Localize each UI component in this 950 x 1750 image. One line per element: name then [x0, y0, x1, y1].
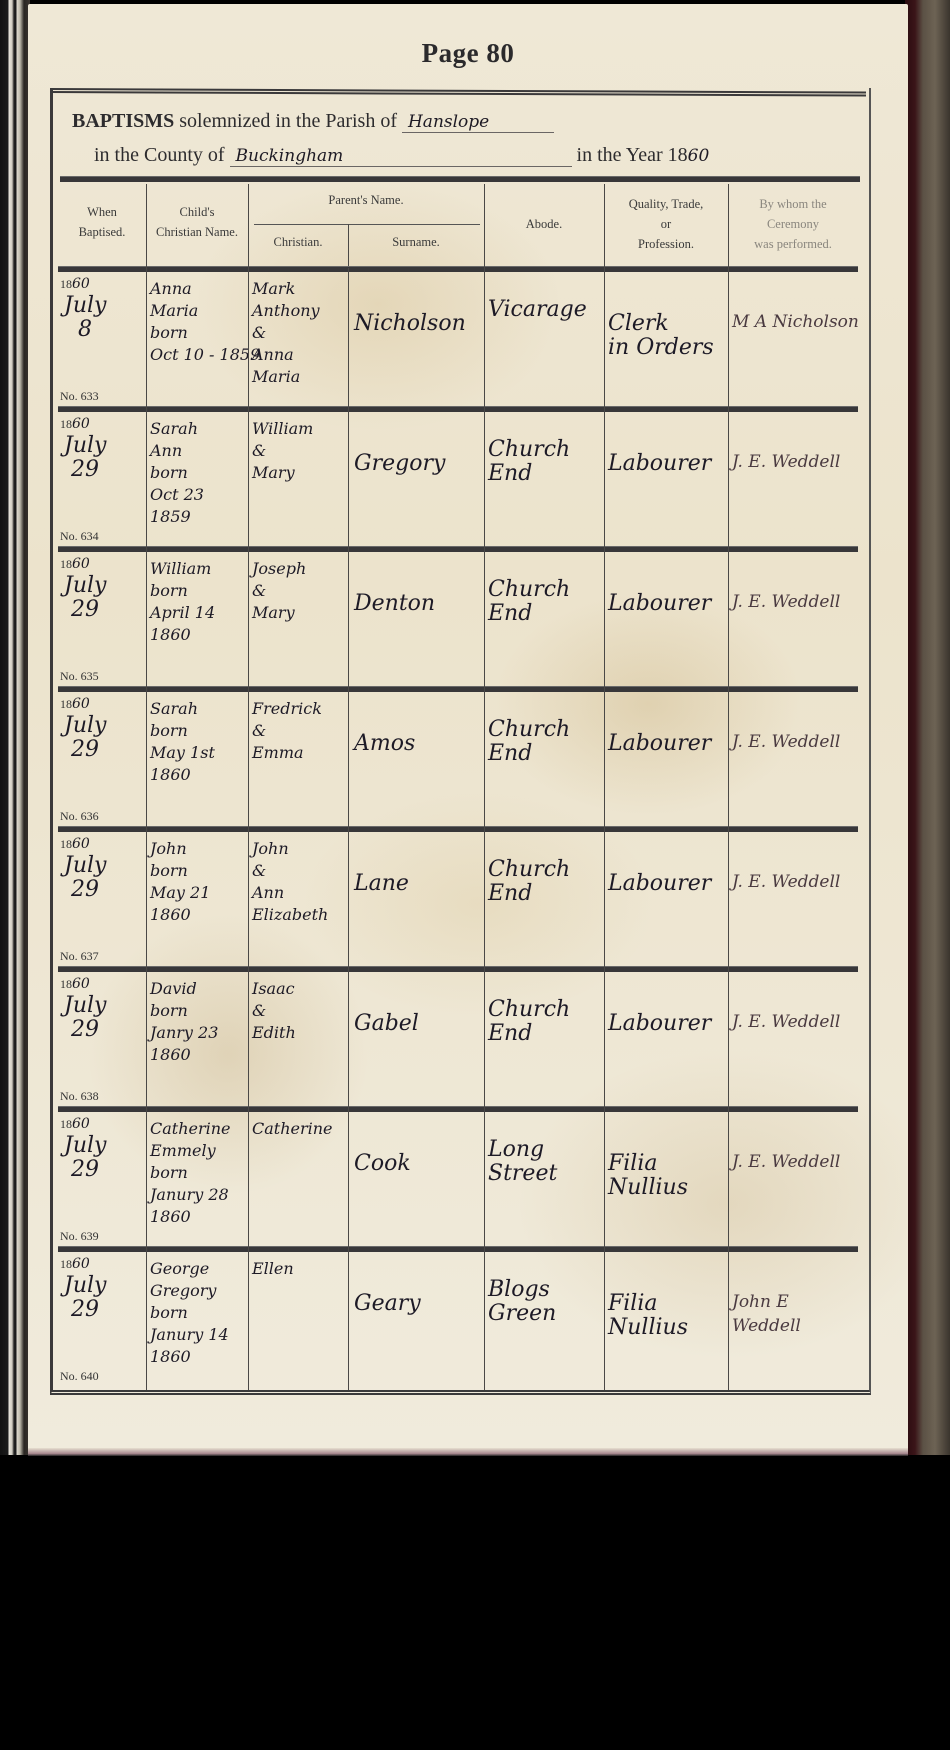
year-hand-text: 60: [72, 556, 90, 572]
cell-parent-christian: Fredrick & Emma: [252, 698, 322, 764]
entry-number: No. 638: [60, 1089, 99, 1104]
year-prefix-text: 18: [60, 697, 72, 711]
column-divider: [604, 184, 605, 1390]
cell-quality: Labourer: [608, 872, 711, 896]
cell-by-whom: J. E. Weddell: [732, 870, 840, 894]
col-abode: Abode.: [484, 214, 604, 234]
year-hand-text: 60: [72, 976, 90, 992]
background-black: [0, 1456, 950, 1750]
year-prefix-text: 18: [60, 1257, 72, 1271]
year-prefix-text: 18: [60, 837, 72, 851]
year-hand-text: 60: [72, 416, 90, 432]
entry-number: No. 633: [60, 389, 99, 404]
col-child: Child's Christian Name.: [146, 202, 248, 242]
table-row: 1860July 29William born April 14 1860Jos…: [58, 552, 860, 692]
cell-quality: Filia Nullius: [608, 1152, 688, 1200]
column-divider: [728, 184, 729, 1390]
cell-by-whom: J. E. Weddell: [732, 1150, 840, 1174]
cell-abode: Vicarage: [488, 298, 587, 322]
col-when-l1: When: [58, 202, 146, 222]
table-row: 1860July 8Anna Maria born Oct 10 - 1859M…: [58, 272, 860, 412]
cell-child-name: David born Janry 23 1860: [150, 978, 218, 1066]
cell-by-whom: M A Nicholson: [732, 310, 859, 334]
year-printed: 1860: [60, 556, 90, 572]
cell-abode: Church End: [488, 858, 570, 906]
cell-parent-christian: John & Ann Elizabeth: [252, 838, 328, 926]
cell-when-baptised: July 29: [64, 574, 106, 622]
year-printed: 1860: [60, 1256, 90, 1272]
register-header: BAPTISMS solemnized in the Parish of Han…: [58, 104, 858, 184]
cell-parent-christian: Mark Anthony & Anna Maria: [252, 278, 320, 388]
cell-parent-surname: Amos: [354, 732, 415, 756]
cell-abode: Long Street: [488, 1138, 557, 1186]
cell-child-name: George Gregory born Janury 14 1860: [150, 1258, 229, 1368]
column-divider: [484, 184, 485, 1390]
header-line-parish: BAPTISMS solemnized in the Parish of Han…: [72, 110, 554, 133]
cell-by-whom: J. E. Weddell: [732, 1010, 840, 1034]
cell-when-baptised: July 29: [64, 434, 106, 482]
cell-parent-christian: Joseph & Mary: [252, 558, 306, 624]
cell-when-baptised: July 29: [64, 1274, 106, 1322]
column-divider: [248, 184, 249, 1390]
cell-parent-surname: Gabel: [354, 1012, 419, 1036]
year-printed: 1860: [60, 416, 90, 432]
cell-child-name: Sarah Ann born Oct 23 1859: [150, 418, 204, 528]
cell-abode: Church End: [488, 718, 570, 766]
table-header: When Baptised. Child's Christian Name. P…: [58, 184, 860, 268]
header-title-bold: BAPTISMS: [72, 110, 174, 132]
year-hand-text: 60: [72, 276, 90, 292]
col-by-whom: By whom the Ceremony was performed.: [728, 194, 858, 254]
cell-parent-christian: Ellen: [252, 1258, 294, 1280]
parents-split-line: [348, 224, 349, 268]
county-name: Buckingham: [230, 146, 572, 167]
table-row: 1860July 29Sarah Ann born Oct 23 1859Wil…: [58, 412, 860, 552]
col-when-l2: Baptised.: [58, 222, 146, 242]
page-number: Page 80: [28, 38, 908, 69]
cell-child-name: Anna Maria born Oct 10 - 1859: [150, 278, 260, 366]
county-label: in the County of: [94, 144, 225, 166]
col-by-whom-l3: was performed.: [728, 234, 858, 254]
entry-number: No. 634: [60, 529, 99, 544]
year-label: in the Year 18: [577, 144, 688, 166]
year-printed: 1860: [60, 836, 90, 852]
cell-child-name: John born May 21 1860: [150, 838, 210, 926]
entry-number: No. 640: [60, 1369, 99, 1384]
year-hand-text: 60: [72, 1256, 90, 1272]
year-printed: 1860: [60, 976, 90, 992]
cell-quality: Clerk in Orders: [608, 312, 714, 360]
col-quality: Quality, Trade, or Profession.: [604, 194, 728, 254]
year-prefix-text: 18: [60, 1117, 72, 1131]
cell-child-name: William born April 14 1860: [150, 558, 215, 646]
cell-by-whom: J. E. Weddell: [732, 730, 840, 754]
col-quality-l1: Quality, Trade,: [604, 194, 728, 214]
col-quality-l3: Profession.: [604, 234, 728, 254]
header-title-rest: solemnized in the Parish of: [179, 110, 397, 132]
year-hand-text: 60: [72, 1116, 90, 1132]
page-bottom-edge: [28, 1448, 908, 1456]
cell-by-whom: J. E. Weddell: [732, 450, 840, 474]
cell-quality: Labourer: [608, 1012, 711, 1036]
column-divider: [146, 184, 147, 1390]
header-rule: [60, 176, 860, 182]
entry-number: No. 635: [60, 669, 99, 684]
cell-abode: Church End: [488, 998, 570, 1046]
book-facing-page-edge: [905, 0, 950, 1455]
cell-parent-christian: Catherine: [252, 1118, 333, 1140]
col-by-whom-l2: Ceremony: [728, 214, 858, 234]
col-parent-christian: Christian.: [248, 232, 348, 252]
col-quality-l2: or: [604, 214, 728, 234]
year-hand-text: 60: [72, 836, 90, 852]
parish-name: Hanslope: [402, 112, 554, 133]
cell-abode: Church End: [488, 438, 570, 486]
year-printed: 1860: [60, 1116, 90, 1132]
cell-by-whom: J. E. Weddell: [732, 590, 840, 614]
year-prefix-text: 18: [60, 277, 72, 291]
cell-parent-surname: Geary: [354, 1292, 421, 1316]
year-prefix-text: 18: [60, 977, 72, 991]
cell-by-whom: John E Weddell: [732, 1290, 801, 1338]
col-parents-group: Parent's Name.: [248, 190, 484, 210]
col-parent-surname: Surname.: [348, 232, 484, 252]
year-hand-text: 60: [72, 696, 90, 712]
cell-parent-surname: Denton: [354, 592, 435, 616]
entry-number: No. 637: [60, 949, 99, 964]
cell-child-name: Catherine Emmely born Janury 28 1860: [150, 1118, 231, 1228]
cell-parent-surname: Lane: [354, 872, 409, 896]
cell-when-baptised: July 29: [64, 714, 106, 762]
cell-parent-christian: Isaac & Edith: [252, 978, 296, 1044]
cell-parent-surname: Nicholson: [354, 312, 466, 336]
cell-when-baptised: July 29: [64, 1134, 106, 1182]
table-row: 1860July 29George Gregory born Janury 14…: [58, 1252, 860, 1392]
cell-when-baptised: July 29: [64, 854, 106, 902]
col-child-l2: Christian Name.: [146, 222, 248, 242]
baptism-register-table: When Baptised. Child's Christian Name. P…: [58, 184, 860, 268]
year-hand: 60: [688, 146, 728, 166]
entry-number: No. 636: [60, 809, 99, 824]
col-when: When Baptised.: [58, 202, 146, 242]
header-line-county: in the County of Buckingham in the Year …: [94, 144, 728, 167]
cell-when-baptised: July 29: [64, 994, 106, 1042]
year-prefix-text: 18: [60, 417, 72, 431]
cell-parent-christian: William & Mary: [252, 418, 313, 484]
cell-parent-surname: Cook: [354, 1152, 411, 1176]
cell-child-name: Sarah born May 1st 1860: [150, 698, 215, 786]
cell-quality: Labourer: [608, 732, 711, 756]
cell-when-baptised: July 8: [64, 294, 106, 342]
cell-quality: Labourer: [608, 452, 711, 476]
column-divider: [348, 268, 349, 1390]
table-row: 1860July 29David born Janry 23 1860Isaac…: [58, 972, 860, 1112]
cell-quality: Labourer: [608, 592, 711, 616]
cell-parent-surname: Gregory: [354, 452, 445, 476]
year-printed: 1860: [60, 276, 90, 292]
col-child-l1: Child's: [146, 202, 248, 222]
table-row: 1860July 29John born May 21 1860John & A…: [58, 832, 860, 972]
cell-abode: Blogs Green: [488, 1278, 556, 1326]
entry-number: No. 639: [60, 1229, 99, 1244]
table-row: 1860July 29Sarah born May 1st 1860Fredri…: [58, 692, 860, 832]
year-prefix-text: 18: [60, 557, 72, 571]
cell-quality: Filia Nullius: [608, 1292, 688, 1340]
year-printed: 1860: [60, 696, 90, 712]
book-spine-left-edge: [0, 0, 30, 1455]
table-row: 1860July 29Catherine Emmely born Janury …: [58, 1112, 860, 1252]
cell-abode: Church End: [488, 578, 570, 626]
parents-subheader-rule: [254, 224, 480, 225]
register-page: Page 80 BAPTISMS solemnized in the Paris…: [28, 4, 908, 1456]
col-by-whom-l1: By whom the: [728, 194, 858, 214]
